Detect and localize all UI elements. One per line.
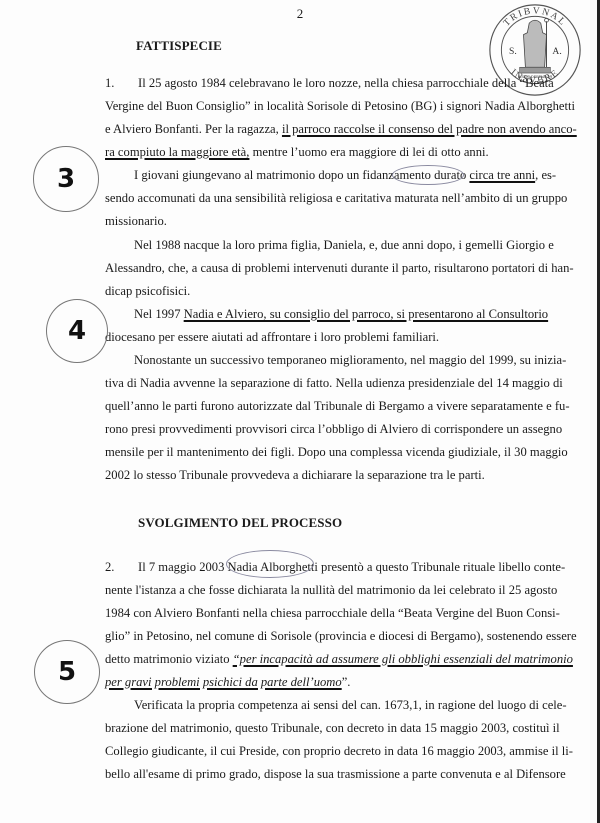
underlined-quote: per gravi problemi psichici da parte del… [105, 675, 342, 689]
text-line: Nel 1997 Nadia e Alviero, su consiglio d… [134, 307, 485, 321]
paragraph-number: 1. [105, 76, 114, 91]
underlined-phrase: Nadia e Alviero, su consiglio del parroc… [184, 307, 548, 321]
hand-drawn-oval [226, 550, 314, 578]
text-line: ra compiuto la maggiore età, mentre l’uo… [105, 145, 485, 159]
text-line: per gravi problemi psichici da parte del… [105, 675, 485, 689]
text-line: Collegio giudicante, il cui Preside, con… [105, 744, 485, 758]
text-line: glio” in Petosino, nel comune di Sorisol… [105, 629, 485, 643]
text-line: diocesano per essere aiutati ad affronta… [105, 330, 485, 344]
text-line: mensile per il mantenimento dei figli. D… [105, 445, 485, 459]
text-line: 2002 lo stesso Tribunale provvedeva a di… [105, 468, 485, 482]
margin-mark-5: 5 [34, 640, 100, 704]
svg-text:A.: A. [552, 46, 561, 57]
underlined-quote: “per incapacità ad assumere gli obblighi… [233, 652, 573, 666]
text-line: Vergine del Buon Consiglio” in località … [105, 99, 485, 113]
text-line: rono presi provvedimenti provvisori circ… [105, 422, 485, 436]
svg-text:S.: S. [509, 46, 517, 57]
underlined-phrase: ra compiuto la maggiore età, [105, 145, 249, 159]
text-line: 1984 con Alviero Bonfanti nella chiesa p… [105, 606, 485, 620]
text-line: Alessandro, che, a causa di problemi int… [105, 261, 485, 275]
text-line: detto matrimonio viziato “per incapacità… [105, 652, 485, 666]
text-line: nente l'istanza a che fosse dichiarata l… [105, 583, 485, 597]
text-line: bello all'esame di primo grado, dispose … [105, 767, 485, 781]
text-line: dicap psicofisici. [105, 284, 485, 298]
text-line: e Alviero Bonfanti. Per la ragazza, il p… [105, 122, 485, 136]
text-line: Il 25 agosto 1984 celebravano le loro no… [138, 76, 485, 90]
text-line: missionario. [105, 214, 485, 228]
text-line: tiva di Nadia avvenne la separazione di … [105, 376, 485, 390]
hand-drawn-oval [392, 165, 464, 185]
underlined-phrase: il parroco raccolse il consenso del padr… [282, 122, 577, 136]
text-line: sendo accomunati da una sensibilità reli… [105, 191, 485, 205]
document-page: 2 TRIBVNAL INSVBRE IVSTIS DEFENSOR S. A.… [0, 0, 600, 823]
paragraph-number: 2. [105, 560, 114, 575]
section-heading-fattispecie: FATTISPECIE [136, 38, 222, 54]
text-line: Verificata la propria competenza ai sens… [134, 698, 485, 712]
margin-mark-3: 3 [33, 146, 99, 212]
text-line: brazione del matrimonio, questo Tribunal… [105, 721, 485, 735]
text-line: Nonostante un successivo temporaneo migl… [134, 353, 485, 367]
margin-mark-4: 4 [46, 299, 108, 363]
text-line: Nel 1988 nacque la loro prima figlia, Da… [134, 238, 485, 252]
underlined-phrase: circa tre anni [469, 168, 535, 182]
section-heading-svolgimento: SVOLGIMENTO DEL PROCESSO [138, 515, 342, 531]
text-line: quell’anno le parti furono autorizzate d… [105, 399, 485, 413]
